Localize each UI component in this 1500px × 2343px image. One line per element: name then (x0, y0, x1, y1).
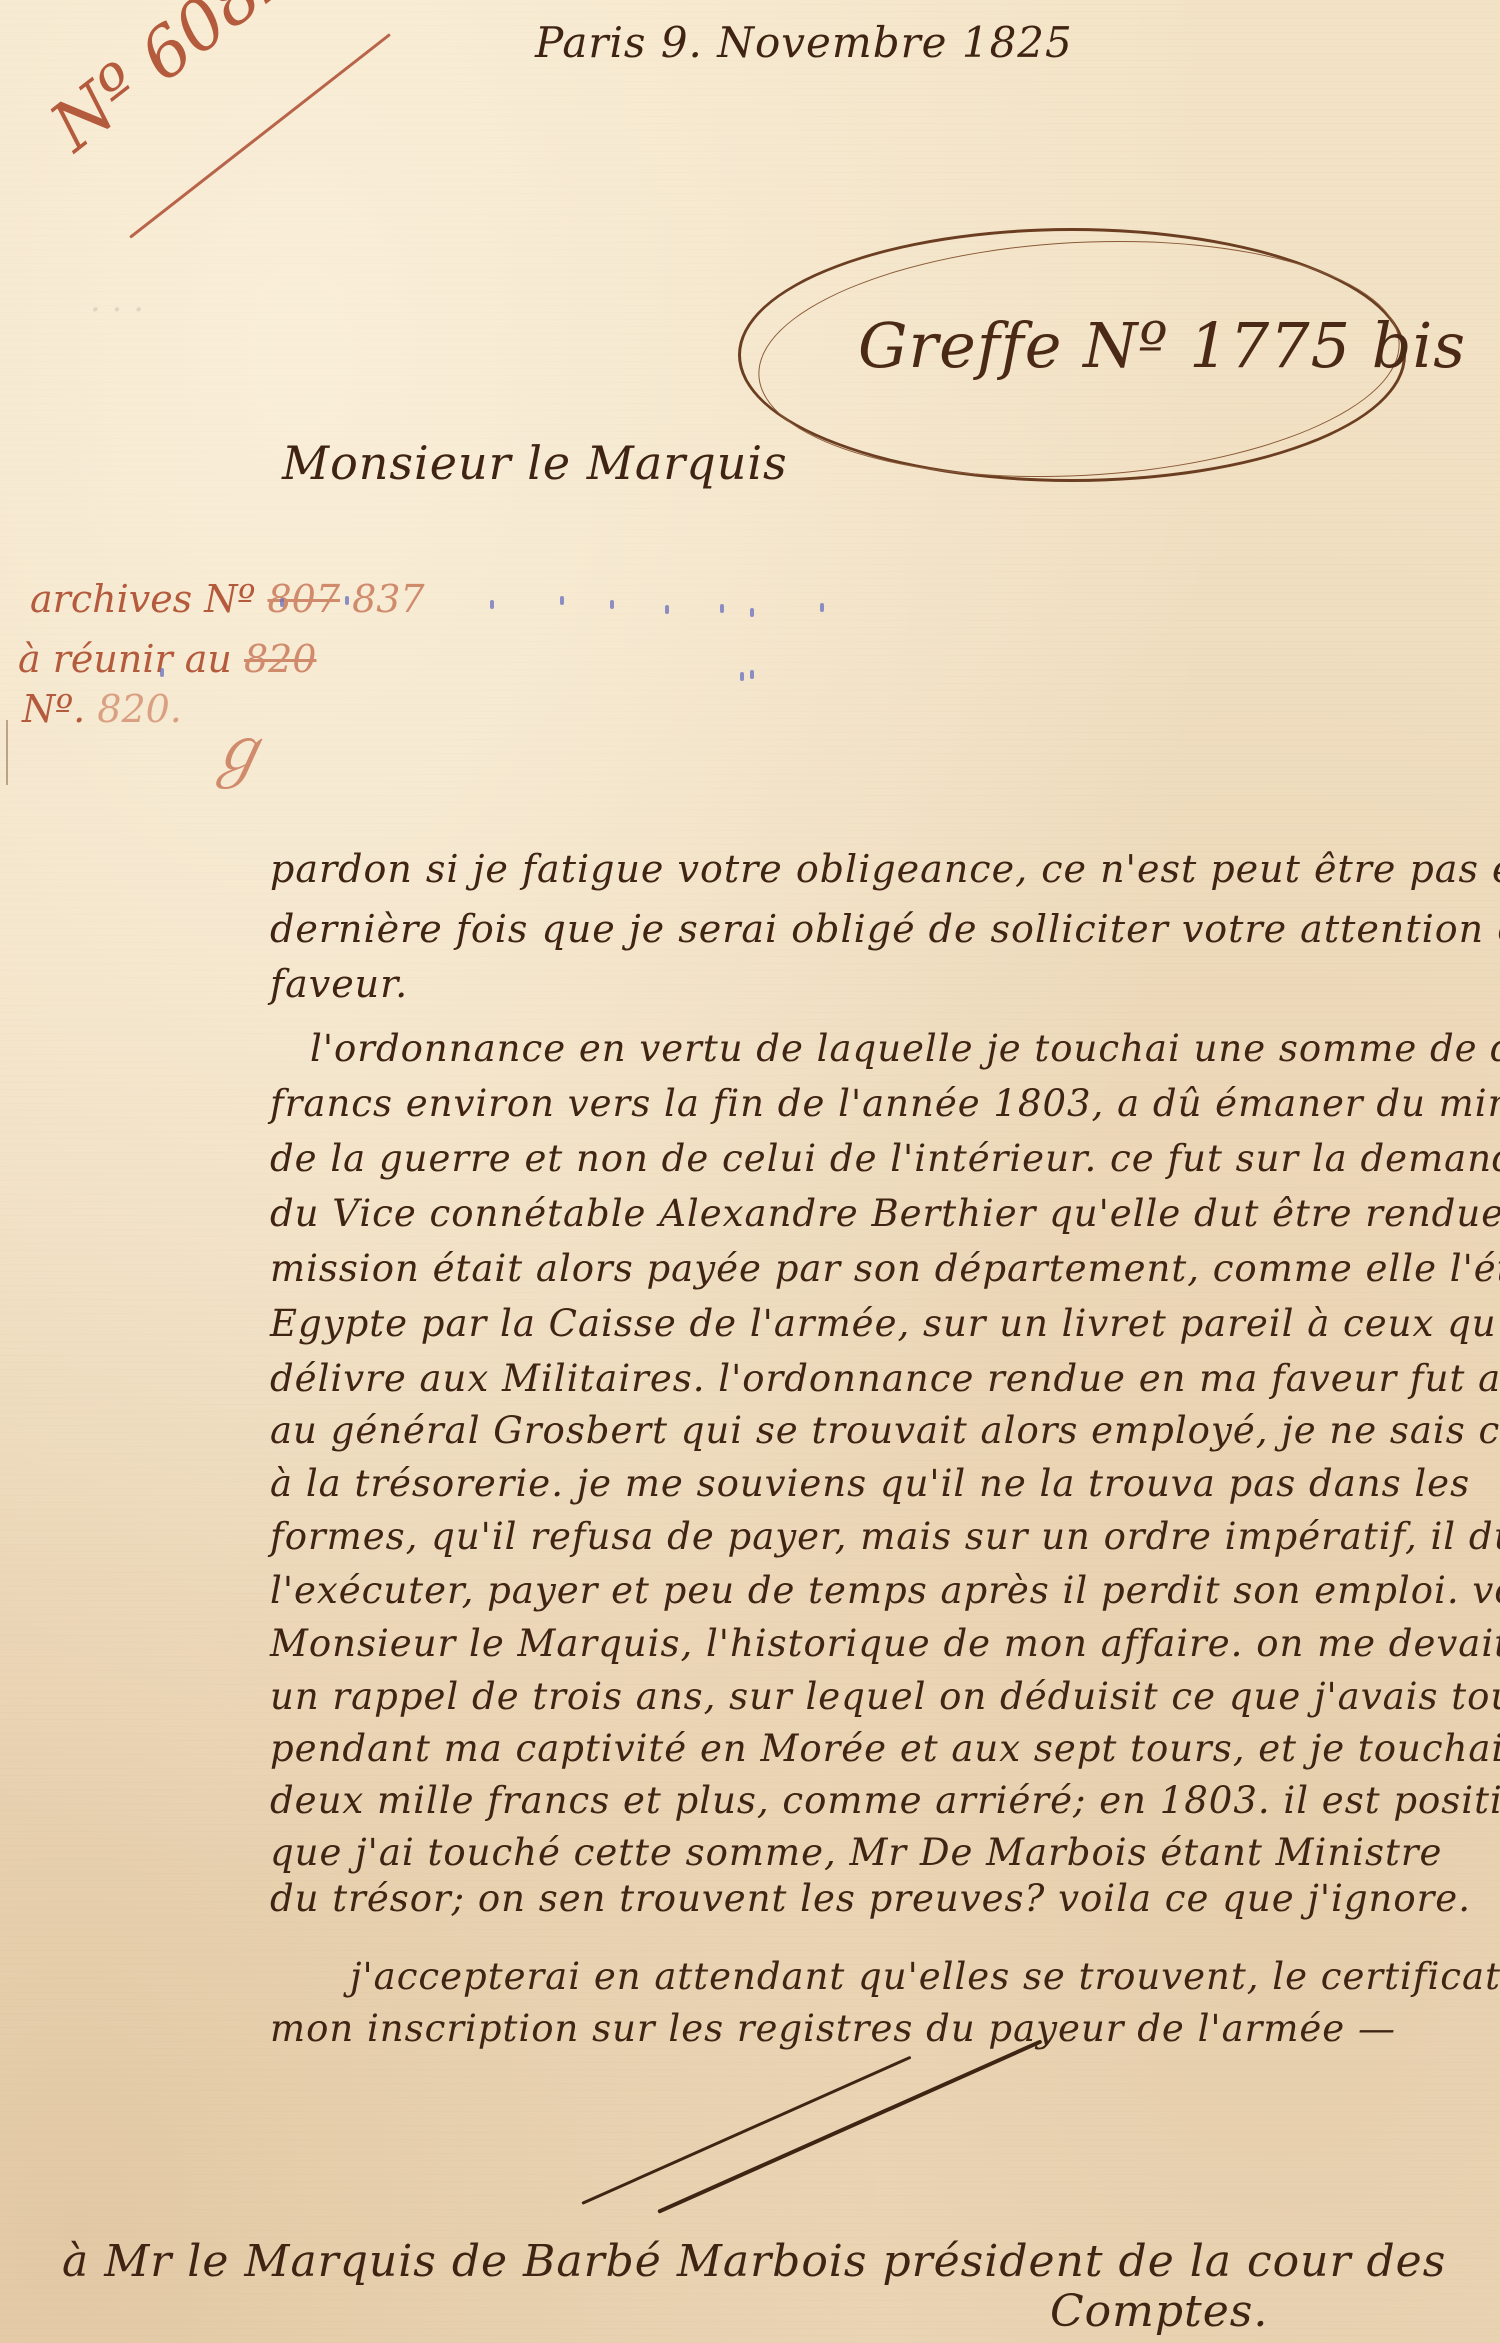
body-line: deux mille francs et plus, comme arriéré… (270, 1782, 1500, 1819)
address-line-1: à Mr le Marquis de Barbé Marbois préside… (62, 2240, 1446, 2284)
blue-ink-mark (750, 608, 754, 617)
blue-ink-mark (720, 604, 724, 613)
blue-ink-mark (750, 670, 754, 679)
body-line: délivre aux Militaires. l'ordonnance ren… (270, 1360, 1500, 1397)
body-line: faveur. (270, 965, 408, 1003)
address-line-2: Comptes. (1050, 2290, 1268, 2334)
blue-ink-mark (740, 672, 744, 681)
archive-note-prefix: Nº. (22, 687, 97, 731)
archive-note-number: 820. (97, 687, 182, 731)
greffe-stamp-text: Greffe Nº 1775 bis (858, 315, 1466, 377)
body-line: que j'ai touché cette somme, Mr De Marbo… (270, 1834, 1442, 1871)
archive-note-prefix: archives Nº (30, 577, 267, 621)
blue-ink-mark (560, 596, 564, 605)
archive-note-number: 837 (340, 577, 425, 621)
body-line: formes, qu'il refusa de payer, mais sur … (270, 1518, 1500, 1555)
body-line: Monsieur le Marquis, l'historique de mon… (270, 1625, 1500, 1662)
blue-ink-mark (280, 598, 284, 607)
blue-ink-mark (490, 600, 494, 609)
archive-note-struck-number: 807 (267, 577, 340, 621)
body-line: à la trésorerie. je me souviens qu'il ne… (270, 1465, 1470, 1502)
archive-note-line-3: Nº. 820. (22, 690, 182, 728)
blue-ink-mark (345, 596, 349, 605)
margin-mark (6, 720, 8, 785)
body-line: pendant ma captivité en Morée et aux sep… (270, 1730, 1500, 1767)
body-line: l'ordonnance en vertu de laquelle je tou… (310, 1030, 1500, 1067)
body-line: mon inscription sur les registres du pay… (270, 2010, 1396, 2047)
archive-note-prefix: à réunir au (18, 637, 244, 681)
body-line: francs environ vers la fin de l'année 18… (270, 1085, 1500, 1122)
archive-paraph-mark: ℊ (205, 720, 269, 784)
date-line: Paris 9. Novembre 1825 (535, 22, 1073, 64)
blue-ink-mark (820, 603, 824, 612)
bleed-through-text: · · · (90, 290, 144, 330)
body-line: du Vice connétable Alexandre Berthier qu… (270, 1195, 1500, 1232)
document-number: Nº 6082. (40, 0, 324, 163)
body-line: j'accepterai en attendant qu'elles se tr… (350, 1958, 1500, 1995)
letter-page: · · · Paris 9. Novembre 1825 Nº 6082. Gr… (0, 0, 1500, 2343)
body-line: au général Grosbert qui se trouvait alor… (270, 1412, 1500, 1449)
blue-ink-mark (160, 668, 164, 677)
body-line: de la guerre et non de celui de l'intéri… (270, 1140, 1500, 1177)
closing-flourish-stroke (657, 2039, 1042, 2213)
closing-flourish-stroke (581, 2056, 911, 2205)
blue-ink-mark (665, 605, 669, 614)
archive-note-struck-number: 820 (244, 637, 317, 681)
body-line: l'exécuter, payer et peu de temps après … (270, 1572, 1500, 1609)
body-line: dernière fois que je serai obligé de sol… (270, 910, 1500, 948)
body-line: mission était alors payée par son départ… (270, 1250, 1500, 1287)
body-line: un rappel de trois ans, sur lequel on dé… (270, 1678, 1500, 1715)
archive-note-line-2: à réunir au 820 (18, 640, 316, 678)
salutation: Monsieur le Marquis (282, 440, 788, 486)
archive-note-line-1: archives Nº 807 837 (30, 580, 425, 618)
blue-ink-mark (610, 600, 614, 609)
body-line: pardon si je fatigue votre obligeance, c… (270, 850, 1500, 888)
body-line: Egypte par la Caisse de l'armée, sur un … (270, 1305, 1500, 1342)
body-line: du trésor; on sen trouvent les preuves? … (270, 1880, 1471, 1917)
